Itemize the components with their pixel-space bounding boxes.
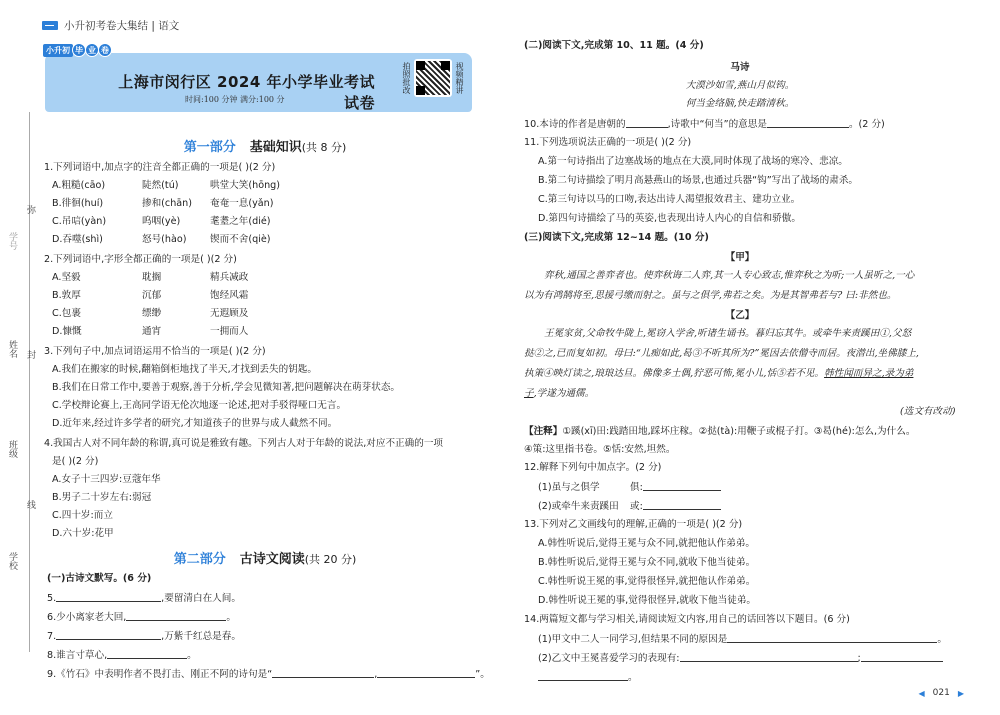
q3-option-a: A.我们在搬家的时候,翻箱倒柜地找了半天,才找到丢失的钥匙。 <box>52 364 317 376</box>
binding-mark: 弥 <box>24 205 37 214</box>
part2-title: 古诗文阅读 <box>240 552 305 567</box>
qr-label-right: 视频精讲 <box>455 62 464 94</box>
passage-jia-label: 【甲】 <box>500 252 980 264</box>
q1-stem: 1.下列词语中,加点字的注音全都正确的一项是( )(2 分) <box>44 162 275 174</box>
prev-page-icon[interactable]: ◀ <box>919 689 925 698</box>
series-logo-icon <box>42 21 58 30</box>
q14-item-2-cont: 。 <box>538 671 638 684</box>
left-page: 小升初考卷大集结 | 语文 上海市闵行区 2024 年小学毕业考试试卷 时间:1… <box>0 0 500 715</box>
badge-circle: 业 <box>85 43 99 57</box>
page-navigator: ◀ 021 ▶ <box>919 688 965 698</box>
next-page-icon[interactable]: ▶ <box>958 689 964 698</box>
passage-jia-line-2: 以为有鸿鹄将至,思援弓缴而射之。虽与之俱学,弗若之矣。为是其智弗若与? 曰:非然… <box>524 290 897 302</box>
q12-stem: 12.解释下列句中加点字。(2 分) <box>524 462 661 474</box>
binding-label-line: 线 <box>24 500 37 509</box>
qr-block: 拍照批改 视频精讲 <box>402 59 464 97</box>
binding-label-name: 姓名 <box>6 340 19 358</box>
part1-points: (共 8 分) <box>302 141 347 154</box>
binding-label-student-id: 学号 <box>6 232 19 250</box>
sub1-heading: (一)古诗文默写。(6 分) <box>47 573 151 585</box>
q10-answer-blank-2[interactable] <box>767 118 849 128</box>
notes-line-2: ④策:这里指书卷。⑤恬:安然,坦然。 <box>524 444 675 456</box>
q13-stem: 13.下列对乙文画线句的理解,正确的一项是( )(2 分) <box>524 519 742 531</box>
poem-title: 马诗 <box>500 62 980 74</box>
q13-option-b: B.韩性听说后,觉得王冕与众不同,就收下他当徒弟。 <box>538 557 755 569</box>
q8-fill: 8.谁言寸草心,。 <box>47 649 197 662</box>
q13-option-d: D.韩性听说王冕的事,觉得很怪异,就收下他当徒弟。 <box>538 595 756 607</box>
binding-line <box>29 112 30 652</box>
q1-option-c: C.吊唁(yàn)呜咽(yè)耄耋之年(dié) <box>52 216 271 228</box>
q11-option-c: C.第三句诗以马的口吻,表达出诗人渴望报效君主、建功立业。 <box>538 194 800 206</box>
part1-header: 第一部分基础知识(共 8 分) <box>0 136 500 155</box>
passage-yi-line-1: 王冕家贫,父命牧牛陇上,冕窃入学舍,听诸生诵书。暮归忘其牛。或牵牛来责蹊田①,父… <box>544 328 911 340</box>
passage-yi-label: 【乙】 <box>500 310 980 322</box>
q3-option-c: C.学校辩论赛上,王高同学语无伦次地逐一论述,把对手驳得哑口无言。 <box>52 400 346 412</box>
source-note: (选文有改动) <box>900 406 955 418</box>
underlined-sentence: 韩性闻而异之,录为弟 <box>824 368 913 379</box>
q3-option-b: B.我们在日常工作中,要善于观察,善于分析,学会见微知著,把问题解决在萌芽状态。 <box>52 382 400 394</box>
q10-fill: 10.本诗的作者是唐朝的,诗歌中“何当”的意思是。(2 分) <box>524 118 885 131</box>
poem-line-2: 何当金络脑,快走踏清秋。 <box>500 98 980 110</box>
q5-answer-blank[interactable] <box>56 592 161 602</box>
running-header: 小升初考卷大集结 | 语文 <box>42 18 179 33</box>
q2-stem: 2.下列词语中,字形全都正确的一项是( )(2 分) <box>44 254 237 266</box>
right-page: (二)阅读下文,完成第 10、11 题。(4 分) 马诗 大漠沙如雪,燕山月似钩… <box>500 0 1000 715</box>
q14-answer-blank-4[interactable] <box>538 671 628 681</box>
binding-label-seal: 封 <box>24 350 37 359</box>
q4-option-d: D.六十岁:花甲 <box>52 528 114 540</box>
q4-option-b: B.男子二十岁左右:弱冠 <box>52 492 151 504</box>
badge-tag: 小升初 <box>43 44 73 57</box>
exam-time-score: 时间:100 分钟 满分:100 分 <box>185 94 285 105</box>
sub3-heading: (三)阅读下文,完成第 12~14 题。(10 分) <box>524 232 709 244</box>
badge-circle: 毕 <box>72 43 86 57</box>
q9-answer-blank-2[interactable] <box>377 668 475 678</box>
notes-line-1: 【注释】①蹊(xī)田:践踏田地,踩坏庄稼。②挞(tà):用鞭子或棍子打。③曷(… <box>524 426 915 438</box>
q14-answer-blank-3[interactable] <box>861 652 943 662</box>
q14-item-1: (1)甲文中二人一同学习,但结果不同的原因是。 <box>538 633 947 646</box>
exam-title: 上海市闵行区 2024 年小学毕业考试试卷 <box>45 71 375 113</box>
qr-code-icon <box>416 61 450 95</box>
q14-answer-blank-1[interactable] <box>727 633 937 643</box>
q12-item-1: (1)虽与之俱学俱: <box>538 481 721 494</box>
q4-option-a: A.女子十三四岁:豆蔻年华 <box>52 474 161 486</box>
part2-label: 第二部分 <box>174 552 226 567</box>
q12-answer-blank-1[interactable] <box>643 481 721 491</box>
q7-answer-blank[interactable] <box>56 630 161 640</box>
q11-option-a: A.第一句诗指出了边塞战场的地点在大漠,同时体现了战场的寒冷、悲凉。 <box>538 156 848 168</box>
q14-item-2: (2)乙文中王冕喜爱学习的表现有:; <box>538 652 943 665</box>
passage-yi-line-4: 子,学遂为通儒。 <box>524 388 594 400</box>
page-number: 021 <box>933 688 950 698</box>
q5-fill: 5.,要留清白在人间。 <box>47 592 241 605</box>
qr-code[interactable] <box>414 59 452 97</box>
q11-option-b: B.第二句诗描绘了明月高悬燕山的场景,也通过兵器“钩”写出了战场的肃杀。 <box>538 175 858 187</box>
q2-option-d: D.慷慨通宵一拥而人 <box>52 326 248 338</box>
q14-stem: 14.两篇短文都与学习相关,请阅读短文内容,用自己的话回答以下题目。(6 分) <box>524 614 850 626</box>
q6-answer-blank[interactable] <box>126 611 226 621</box>
passage-yi-line-3: 执策④映灯读之,琅琅达旦。佛像多土偶,狞恶可怖,冕小儿,恬⑤若不见。韩性闻而异之… <box>524 368 913 380</box>
q3-stem: 3.下列句子中,加点词语运用不恰当的一项是( )(2 分) <box>44 346 266 358</box>
q2-option-c: C.包裹缥缈无遐顾及 <box>52 308 248 320</box>
q11-stem: 11.下列选项说法正确的一项是( )(2 分) <box>524 137 691 149</box>
poem-line-1: 大漠沙如雪,燕山月似钩。 <box>500 80 980 92</box>
running-header-text: 小升初考卷大集结 | 语文 <box>64 18 179 33</box>
q4-stem: 4.我国古人对不同年龄的称谓,真可说是雅致有趣。下列古人对于年龄的说法,对应不正… <box>44 438 443 450</box>
q1-option-b: B.徘徊(huí)掺和(chān)奄奄一息(yǎn) <box>52 198 274 210</box>
q13-option-a: A.韩性听说后,觉得王冕与众不同,就把他认作弟弟。 <box>538 538 755 550</box>
qr-label-left: 拍照批改 <box>402 62 411 94</box>
part1-label: 第一部分 <box>184 140 236 155</box>
q7-fill: 7.,万紫千红总是春。 <box>47 630 241 643</box>
q14-answer-blank-2[interactable] <box>680 652 858 662</box>
passage-yi-line-2: 挞②之,已而复如初。母曰:“儿痴如此,曷③不听其所为?”冕因去依僧寺而居。夜潜出… <box>524 348 919 360</box>
q11-option-d: D.第四句诗描绘了马的英姿,也表现出诗人内心的自信和骄傲。 <box>538 213 801 225</box>
q1-option-a: A.粗糙(cāo)陡然(tú)哄堂大笑(hōng) <box>52 180 280 192</box>
part1-title: 基础知识 <box>250 140 302 155</box>
passage-jia-line-1: 弈秋,通国之善弈者也。使弈秋诲二人弈,其一人专心致志,惟弈秋之为听;一人虽听之,… <box>544 270 914 282</box>
q3-option-d: D.近年来,经过许多学者的研究,才知道孩子的世界与成人截然不同。 <box>52 418 337 430</box>
q9-answer-blank-1[interactable] <box>272 668 374 678</box>
sub2-heading: (二)阅读下文,完成第 10、11 题。(4 分) <box>524 40 704 52</box>
q4-option-c: C.四十岁:而立 <box>52 510 113 522</box>
binding-label-class: 班级 <box>6 440 19 458</box>
q12-answer-blank-2[interactable] <box>643 500 721 510</box>
q6-fill: 6.少小离家老大回,。 <box>47 611 236 624</box>
q1-option-d: D.吞噬(shì)怒号(hào)锲而不舍(qiè) <box>52 234 271 246</box>
exam-title-banner: 上海市闵行区 2024 年小学毕业考试试卷 时间:100 分钟 满分:100 分… <box>45 53 472 112</box>
part2-points: (共 20 分) <box>305 553 357 566</box>
q2-option-b: B.敦厚沉郁饱经风霜 <box>52 290 248 302</box>
graduation-badge: 小升初 毕 业 卷 <box>43 43 112 57</box>
q9-fill: 9.《竹石》中表明作者不畏打击、刚正不阿的诗句是“,”。 <box>47 668 490 681</box>
q8-answer-blank[interactable] <box>107 649 187 659</box>
q4-stem-cont: 是( )(2 分) <box>52 456 98 468</box>
q2-option-a: A.坚毅耽搁精兵减政 <box>52 272 248 284</box>
q10-answer-blank-1[interactable] <box>626 118 668 128</box>
q12-item-2: (2)或牵牛来责蹊田或: <box>538 500 721 513</box>
badge-circle: 卷 <box>98 43 112 57</box>
part2-header: 第二部分古诗文阅读(共 20 分) <box>0 548 500 567</box>
q13-option-c: C.韩性听说王冕的事,觉得很怪异,就把他认作弟弟。 <box>538 576 755 588</box>
